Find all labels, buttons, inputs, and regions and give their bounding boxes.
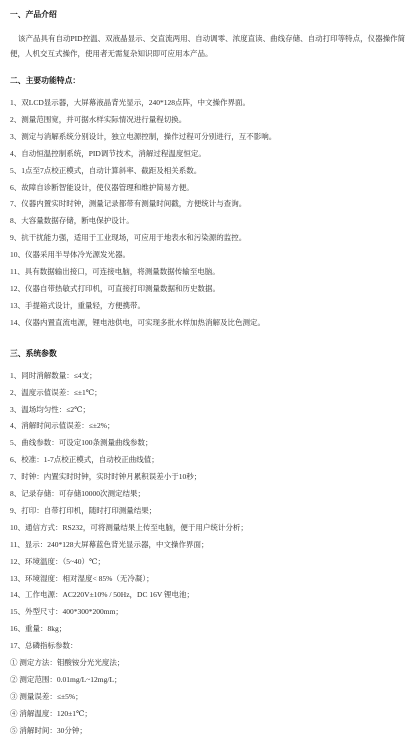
param-item: 3、温场均匀性：≤2℃； (10, 402, 406, 419)
feature-item: 5、1点至7点校正模式，自动计算斜率、截距及相关系数。 (10, 163, 406, 180)
feature-item: 1、双LCD显示器，大屏幕液晶背光显示，240*128点阵，中文操作界面。 (10, 95, 406, 112)
section-heading-system-params: 三、系统参数 (10, 348, 406, 360)
total-phosphorus-sub-item: ⑤ 消解时间：30分钟； (10, 723, 406, 740)
feature-item: 9、抗干扰能力强，适用于工业现场，可应用于地表水和污染源的监控。 (10, 230, 406, 247)
feature-item: 7、仪器内置实时时钟，测量记录都带有测量时间戳，方便统计与查询。 (10, 196, 406, 213)
param-item: 4、消解时间示值误差：≤±2%； (10, 418, 406, 435)
param-item: 16、重量：8kg； (10, 621, 406, 638)
param-item: 2、温度示值误差：≤±1℃； (10, 385, 406, 402)
param-item: 6、校准：1-7点校正模式，自动校正曲线值； (10, 452, 406, 469)
param-item: 12、环境温度：（5~40）℃； (10, 554, 406, 571)
param-item: 9、打印：自带打印机，随时打印测量结果； (10, 503, 406, 520)
param-item: 8、记录存储：可存储10000次测定结果； (10, 486, 406, 503)
param-item: 15、外型尺寸：400*300*200mm； (10, 604, 406, 621)
feature-item: 11、具有数据输出接口，可连接电脑，将测量数据传输至电脑。 (10, 264, 406, 281)
feature-item: 6、故障自诊断智能设计，使仪器管理和维护简易方便。 (10, 180, 406, 197)
feature-item: 8、大容量数据存储，断电保护设计。 (10, 213, 406, 230)
total-phosphorus-sub-item: ② 测定范围：0.01mg/L~12mg/L； (10, 672, 406, 689)
param-item: 17、总磷指标参数： (10, 638, 406, 655)
feature-item: 14、仪器内置直流电源，锂电池供电，可实现多批水样加热消解及比色测定。 (10, 315, 406, 332)
feature-item: 13、手提箱式设计，重量轻，方便携带。 (10, 298, 406, 315)
feature-item: 4、自动恒温控制系统，PID调节技术，消解过程温度恒定。 (10, 146, 406, 163)
product-intro-paragraph: 该产品具有自动PID控温、双液晶显示、交直流两用、自动调零、浓度直读、曲线存储、… (10, 31, 406, 61)
feature-item: 3、测定与消解系统分别设计，独立电源控制，操作过程可分别进行，互不影响。 (10, 129, 406, 146)
param-item: 7、时钟：内置实时时钟，实时时钟月累积误差小于10秒； (10, 469, 406, 486)
param-item: 11、显示：240*128大屏幕蓝色背光显示器，中文操作界面； (10, 537, 406, 554)
total-phosphorus-sub-item: ① 测定方法：钼酸铵分光光度法； (10, 655, 406, 672)
param-item: 5、曲线参数：可设定100条测量曲线参数； (10, 435, 406, 452)
param-item: 1、同时消解数量：≤4支； (10, 368, 406, 385)
feature-item: 12、仪器自带热敏式打印机，可直接打印测量数据和历史数据。 (10, 281, 406, 298)
param-item: 13、环境湿度：相对湿度< 85%（无冷凝）； (10, 571, 406, 588)
param-item: 14、工作电源：AC220V±10% / 50Hz，DC 16V 锂电池； (10, 587, 406, 604)
param-item: 10、通信方式：RS232，可将测量结果上传至电脑，便于用户统计分析； (10, 520, 406, 537)
feature-item: 2、测量范围宽，并可据水样实际情况进行量程切换。 (10, 112, 406, 129)
feature-item: 10、仪器采用半导体冷光源发光器。 (10, 247, 406, 264)
total-phosphorus-sub-item: ③ 测量误差：≤±5%； (10, 689, 406, 706)
section-heading-product-intro: 一、产品介绍 (10, 9, 406, 21)
section-heading-features: 二、主要功能特点： (10, 75, 406, 87)
total-phosphorus-sub-item: ④ 消解温度：120±1℃； (10, 706, 406, 723)
product-description-document: 一、产品介绍 该产品具有自动PID控温、双液晶显示、交直流两用、自动调零、浓度直… (0, 0, 414, 740)
